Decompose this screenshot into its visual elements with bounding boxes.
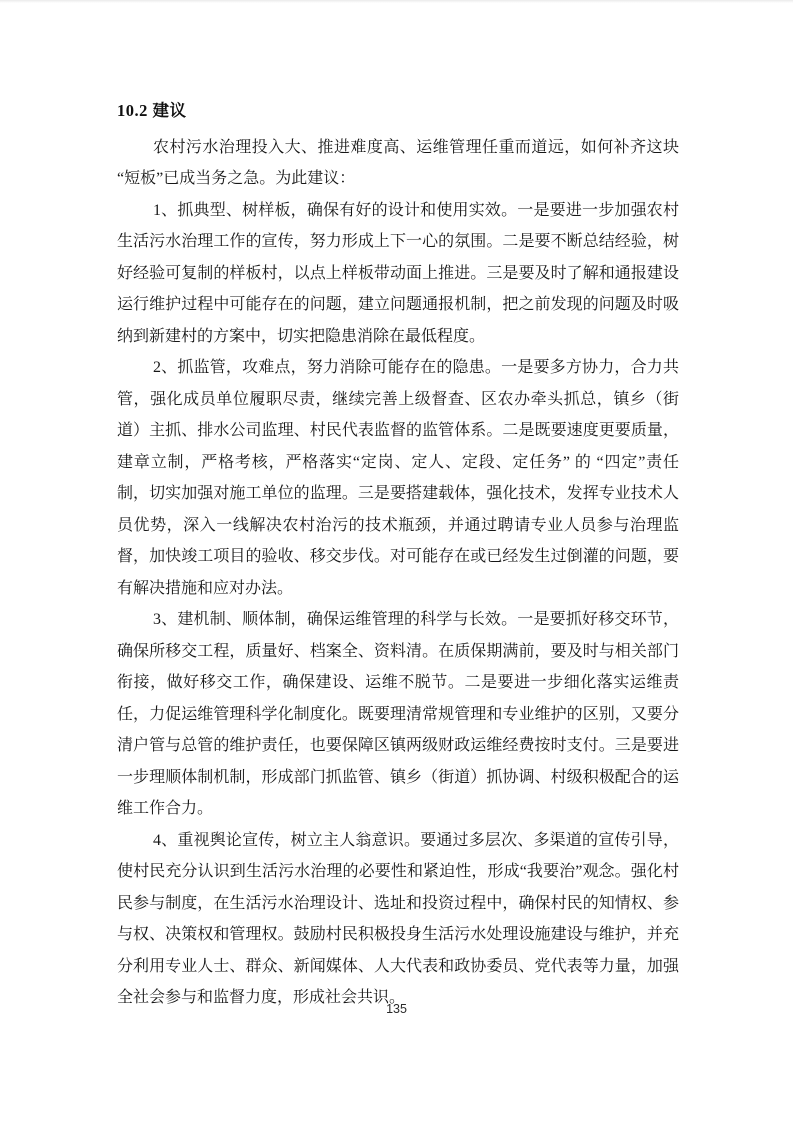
body-paragraph: 农村污水治理投入大、推进难度高、运维管理任重而道远，如何补齐这块“短板”已成当务… (117, 132, 679, 195)
page-top-edge-shadow (0, 0, 793, 3)
document-content: 10.2 建议 农村污水治理投入大、推进难度高、运维管理任重而道远，如何补齐这块… (117, 95, 679, 1014)
section-heading: 10.2 建议 (117, 95, 679, 127)
document-page: 10.2 建议 农村污水治理投入大、推进难度高、运维管理任重而道远，如何补齐这块… (0, 0, 793, 1122)
body-paragraph: 3、建机制、顺体制，确保运维管理的科学与长效。一是要抓好移交环节，确保所移交工程… (117, 604, 679, 825)
page-number: 135 (0, 1002, 793, 1016)
body-paragraph: 2、抓监管，攻难点，努力消除可能存在的隐患。一是要多方协力，合力共管，强化成员单… (117, 352, 679, 604)
paragraph-container: 农村污水治理投入大、推进难度高、运维管理任重而道远，如何补齐这块“短板”已成当务… (117, 132, 679, 1014)
body-paragraph: 4、重视舆论宣传，树立主人翁意识。要通过多层次、多渠道的宣传引导，使村民充分认识… (117, 825, 679, 1014)
body-paragraph: 1、抓典型、树样板，确保有好的设计和使用实效。一是要进一步加强农村生活污水治理工… (117, 195, 679, 353)
